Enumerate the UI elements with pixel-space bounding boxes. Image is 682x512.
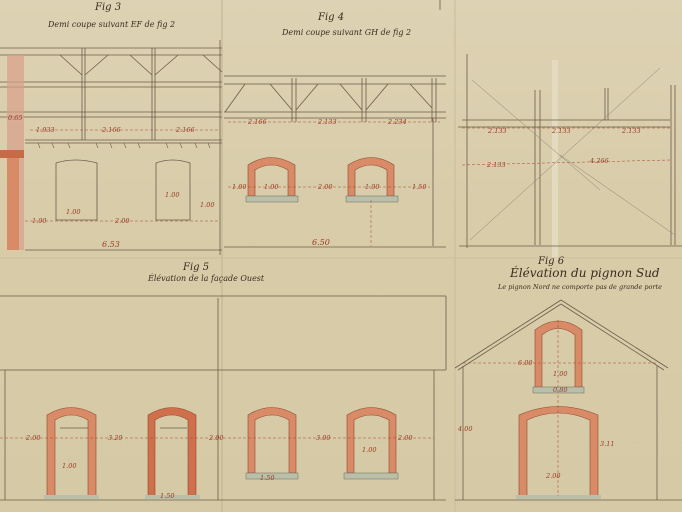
dim-fig4-total: 6.50 [312, 238, 330, 247]
dim-fig4-bay2: 2.133 [318, 118, 337, 126]
dim-fig5-gap1: 3.20 [108, 434, 122, 442]
dim-fig3-bay2: 2.166 [102, 126, 121, 134]
dim-fig4-bay3: 2.234 [388, 118, 407, 126]
dim-fig5-right2: 2.00 [398, 434, 412, 442]
dim-fig4-gap: 2.00 [318, 183, 332, 191]
dim-fig3-win-width-2: 1.00 [165, 191, 179, 199]
dim-fig4-left: 1.00 [232, 183, 246, 191]
fig3-title: Fig 3 [95, 2, 121, 13]
dim-fig4-win-width: 1.00 [264, 183, 278, 191]
dim-fig6-sill: 0.80 [553, 386, 567, 394]
dim-fig3-total: 6.53 [102, 240, 120, 249]
dim-fig5-window-width: 1.00 [362, 446, 376, 454]
dim-fig3-bay1: 1.933 [36, 126, 55, 134]
dim-fig4-right: 1.50 [412, 183, 426, 191]
dim-fig3-pillar: 0.65 [8, 114, 22, 122]
dim-fig3-win-left: 1.00 [32, 217, 46, 225]
dim-fig6-height: 4.00 [458, 425, 472, 433]
dim-fig4-bay1: 2.166 [248, 118, 267, 126]
fig4-title: Fig 4 [318, 12, 344, 23]
dim-fig4b-span-right: 4.266 [590, 157, 609, 165]
fig5-title: Fig 5 [183, 262, 209, 273]
dim-fig5-sill: 1.50 [260, 474, 274, 482]
dim-fig3-gap: 2.00 [115, 217, 129, 225]
architectural-drawing-sheet: Fig 3 Demi coupe suivant EF de fig 2 Fig… [0, 0, 682, 512]
fig4-caption: Demi coupe suivant GH de fig 2 [282, 28, 411, 37]
dim-fig5-sill-2: 1.50 [160, 492, 174, 500]
dim-fig6-half-width: 6.00 [518, 359, 532, 367]
dim-fig3-win-right: 1.00 [200, 201, 214, 209]
fig4-window-right [346, 158, 398, 203]
dim-fig4b-bay2: 2.133 [552, 127, 571, 135]
dim-fig6-window-width: 1.00 [553, 370, 567, 378]
dim-fig5-left: 2.00 [26, 434, 40, 442]
fig6-caption: Élévation du pignon Sud [510, 266, 660, 280]
dim-fig5-right1: 2.00 [209, 434, 223, 442]
drawing-linework [0, 0, 682, 512]
dim-fig4-win-width-2: 1.00 [365, 183, 379, 191]
dim-fig5-door-width: 1.00 [62, 462, 76, 470]
dim-fig4b-span-left: 2.133 [487, 161, 506, 169]
fig6-subcaption: Le pignon Nord ne comporte pas de grande… [498, 283, 662, 291]
dim-fig4b-bay3: 2.133 [622, 127, 641, 135]
dim-fig3-bay3: 2.166 [176, 126, 195, 134]
dim-fig4b-bay1: 2.133 [488, 127, 507, 135]
fig5-caption: Élévation de la façade Ouest [148, 274, 264, 283]
dim-fig3-win-width: 1.00 [66, 208, 80, 216]
dim-fig6-door-height: 3.11 [600, 440, 614, 448]
fig4-window-left [246, 158, 298, 203]
dim-fig6-door-width: 2.00 [546, 472, 560, 480]
fig3-caption: Demi coupe suivant EF de fig 2 [48, 20, 175, 29]
dim-fig5-gap2: 3.00 [316, 434, 330, 442]
